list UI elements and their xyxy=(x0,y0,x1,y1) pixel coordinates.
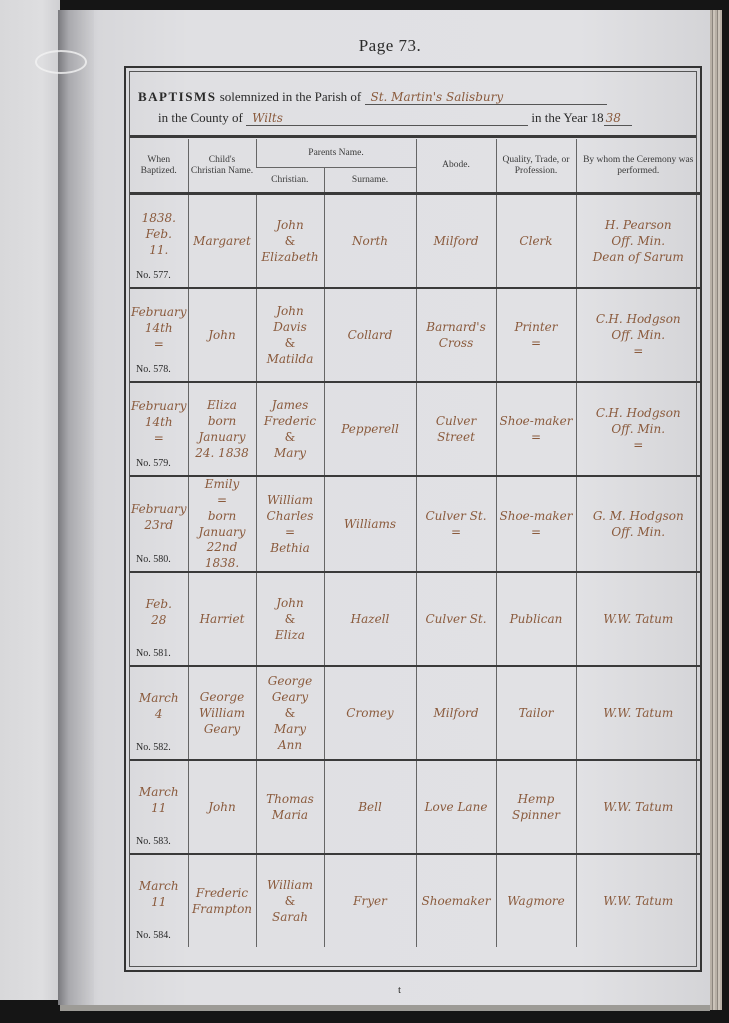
profession-line: Publican xyxy=(510,612,563,627)
cell-officiant: G. M. HodgsonOff. Min. xyxy=(576,476,700,572)
col-quality: Quality, Trade, or Profession. xyxy=(496,139,576,194)
col-when-baptized: When Baptized. xyxy=(130,139,188,194)
officiant-line: Dean of Sarum xyxy=(593,250,684,265)
entry-number: No. 584. xyxy=(136,930,171,941)
parents-christian-line: William xyxy=(267,493,313,508)
col-abode: Abode. xyxy=(416,139,496,194)
entry-number: No. 581. xyxy=(136,648,171,659)
parents-christian-line: Frederic xyxy=(264,414,316,429)
parents-christian-line: Ann xyxy=(278,738,302,753)
parents-christian-line: Elizabeth xyxy=(261,250,318,265)
table-row: March4 No. 582. GeorgeWilliamGeary Georg… xyxy=(130,666,700,760)
cell-date: March4 No. 582. xyxy=(130,666,188,760)
cell-officiant: C.H. HodgsonOff. Min.= xyxy=(576,382,700,476)
cell-parents-christian: JohnDavis&Matilda xyxy=(256,288,324,382)
table-row: February23rd No. 580. Emily=bornJanuary … xyxy=(130,476,700,572)
cell-profession: Clerk xyxy=(496,194,576,289)
child-line: January 22nd xyxy=(191,525,254,555)
cell-surname: Cromey xyxy=(324,666,416,760)
parents-christian-line: Mary xyxy=(274,446,306,461)
abode-line: Street xyxy=(437,430,475,445)
page-number: Page 73. xyxy=(330,36,450,56)
child-line: Geary xyxy=(204,722,240,737)
date-line: March xyxy=(139,691,179,706)
child-line: = xyxy=(217,493,227,508)
child-line: 24. 1838 xyxy=(195,446,248,461)
profession-line: = xyxy=(531,430,541,445)
profession-line: Hemp xyxy=(518,792,555,807)
heading-title: BAPTISMS xyxy=(138,89,216,104)
child-line: Frampton xyxy=(192,902,252,917)
heading-line-county: in the County of Wilts in the Year 1838 xyxy=(158,110,632,126)
officiant-line: W.W. Tatum xyxy=(603,612,673,627)
entry-number: No. 579. xyxy=(136,458,171,469)
abode-line: Milford xyxy=(433,706,478,721)
officiant-line: C.H. Hodgson xyxy=(596,406,681,421)
register-heading: BAPTISMS solemnized in the Parish of St.… xyxy=(130,72,696,138)
child-line: Harriet xyxy=(200,612,245,627)
cell-surname: Collard xyxy=(324,288,416,382)
officiant-line: = xyxy=(633,438,643,453)
table-row: February14th= No. 579. ElizabornJanuary2… xyxy=(130,382,700,476)
child-line: born xyxy=(208,414,236,429)
parents-christian-line: Maria xyxy=(272,808,308,823)
date-line: February xyxy=(131,305,187,320)
officiant-line: W.W. Tatum xyxy=(603,706,673,721)
profession-line: Shoe-maker xyxy=(500,509,573,524)
cell-abode: Shoemaker xyxy=(416,854,496,947)
child-line: George xyxy=(200,690,244,705)
child-line: John xyxy=(208,328,236,343)
cell-parents-christian: GeorgeGeary&MaryAnn xyxy=(256,666,324,760)
cell-date: February23rd No. 580. xyxy=(130,476,188,572)
surname-value: Cromey xyxy=(346,706,393,720)
cell-child-name: FredericFrampton xyxy=(188,854,256,947)
cell-date: February14th= No. 578. xyxy=(130,288,188,382)
profession-line: Clerk xyxy=(519,234,552,249)
entry-number: No. 577. xyxy=(136,270,171,281)
date-line: March xyxy=(139,879,179,894)
profession-line: Shoe-maker xyxy=(500,414,573,429)
date-line: 1838. xyxy=(142,211,176,226)
cell-surname: Fryer xyxy=(324,854,416,947)
child-line: Frederic xyxy=(196,886,248,901)
parents-christian-line: William xyxy=(267,878,313,893)
cell-parents-christian: John&Eliza xyxy=(256,572,324,666)
cell-abode: Milford xyxy=(416,194,496,289)
officiant-line: = xyxy=(633,344,643,359)
date-line: 4 xyxy=(155,707,163,722)
cell-abode: Milford xyxy=(416,666,496,760)
cell-date: Feb.28 No. 581. xyxy=(130,572,188,666)
entry-number: No. 578. xyxy=(136,364,171,375)
cell-parents-christian: William&Sarah xyxy=(256,854,324,947)
cell-officiant: H. PearsonOff. Min.Dean of Sarum xyxy=(576,194,700,289)
profession-line: = xyxy=(531,525,541,540)
surname-value: North xyxy=(352,234,388,248)
officiant-line: C.H. Hodgson xyxy=(596,312,681,327)
parents-christian-line: & xyxy=(285,612,296,627)
child-line: January xyxy=(198,430,245,445)
officiant-line: W.W. Tatum xyxy=(603,800,673,815)
abode-line: Culver St. xyxy=(425,612,486,627)
heading-county-label: in the County of xyxy=(158,110,243,125)
cell-child-name: John xyxy=(188,288,256,382)
cell-surname: Williams xyxy=(324,476,416,572)
officiant-line: G. M. Hodgson xyxy=(593,509,684,524)
surname-value: Pepperell xyxy=(341,422,399,436)
date-line: = xyxy=(154,337,164,352)
child-line: Emily xyxy=(205,477,240,492)
col-by-whom: By whom the Ceremony was performed. xyxy=(576,139,700,194)
parents-christian-line: Mary xyxy=(274,722,306,737)
parents-christian-line: Eliza xyxy=(275,628,305,643)
parents-christian-line: = xyxy=(285,525,295,540)
cell-profession: HempSpinner xyxy=(496,760,576,854)
table-row: Feb.28 No. 581. Harriet John&Eliza Hazel… xyxy=(130,572,700,666)
date-line: 23rd xyxy=(144,518,173,533)
cell-surname: Hazell xyxy=(324,572,416,666)
cell-child-name: Margaret xyxy=(188,194,256,289)
parents-christian-line: Bethia xyxy=(270,541,309,556)
cell-abode: CulverStreet xyxy=(416,382,496,476)
year-value: 38 xyxy=(604,111,632,126)
signature-mark: t xyxy=(398,984,401,996)
parish-value: St. Martin's Salisbury xyxy=(365,90,607,105)
parents-christian-line: Charles xyxy=(267,509,314,524)
officiant-line: Off. Min. xyxy=(611,328,665,343)
date-line: 28 xyxy=(151,613,166,628)
cell-child-name: Harriet xyxy=(188,572,256,666)
col-parents-surname: Surname. xyxy=(324,168,416,194)
date-line: 11 xyxy=(151,801,166,816)
cell-abode: Love Lane xyxy=(416,760,496,854)
officiant-line: Off. Min. xyxy=(611,525,665,540)
col-parents-name: Parents Name. xyxy=(256,139,416,168)
entry-number: No. 582. xyxy=(136,742,171,753)
parents-christian-line: & xyxy=(285,706,296,721)
profession-line: Wagmore xyxy=(507,894,565,909)
heading-line-parish: BAPTISMS solemnized in the Parish of St.… xyxy=(138,89,607,105)
surname-value: Williams xyxy=(344,517,396,531)
cell-date: February14th= No. 579. xyxy=(130,382,188,476)
cell-profession: Shoe-maker= xyxy=(496,476,576,572)
date-line: Feb. xyxy=(146,597,172,612)
officiant-line: Off. Min. xyxy=(611,422,665,437)
cell-parents-christian: WilliamCharles=Bethia xyxy=(256,476,324,572)
cell-profession: Publican xyxy=(496,572,576,666)
cell-officiant: W.W. Tatum xyxy=(576,572,700,666)
date-line: 14th xyxy=(145,415,173,430)
parents-christian-line: & xyxy=(285,894,296,909)
parents-christian-line: & xyxy=(285,234,296,249)
binding-thread xyxy=(35,50,87,74)
heading-year-label: in the Year 18 xyxy=(531,110,603,125)
child-line: William xyxy=(199,706,245,721)
parents-christian-line: Sarah xyxy=(272,910,308,925)
cell-surname: Pepperell xyxy=(324,382,416,476)
cell-profession: Shoe-maker= xyxy=(496,382,576,476)
profession-line: Tailor xyxy=(519,706,554,721)
abode-line: = xyxy=(451,525,461,540)
cell-abode: Barnard'sCross xyxy=(416,288,496,382)
surname-value: Collard xyxy=(348,328,393,342)
table-row: March11 No. 584. FredericFrampton Willia… xyxy=(130,854,700,947)
cell-profession: Wagmore xyxy=(496,854,576,947)
parents-christian-line: & xyxy=(285,336,296,351)
entry-number: No. 580. xyxy=(136,554,171,565)
officiant-line: W.W. Tatum xyxy=(603,894,673,909)
date-line: 14th xyxy=(145,321,173,336)
date-line: February xyxy=(131,502,187,517)
cell-child-name: John xyxy=(188,760,256,854)
abode-line: Culver xyxy=(436,414,476,429)
abode-line: Barnard's xyxy=(426,320,485,335)
parents-christian-line: Geary xyxy=(272,690,308,705)
cell-profession: Tailor xyxy=(496,666,576,760)
date-line: 11 xyxy=(151,895,166,910)
surname-value: Hazell xyxy=(351,612,390,626)
table-row: March11 No. 583. John ThomasMaria Bell L… xyxy=(130,760,700,854)
table-row: February14th= No. 578. John JohnDavis&Ma… xyxy=(130,288,700,382)
cell-profession: Printer= xyxy=(496,288,576,382)
register-table: When Baptized. Child's Christian Name. P… xyxy=(130,139,700,947)
cell-parents-christian: JamesFrederic&Mary xyxy=(256,382,324,476)
parents-christian-line: James xyxy=(272,398,309,413)
officiant-line: H. Pearson xyxy=(605,218,672,233)
child-line: Eliza xyxy=(207,398,237,413)
heading-parish-label: solemnized in the Parish of xyxy=(220,89,362,104)
parents-christian-line: Davis xyxy=(273,320,307,335)
surname-value: Bell xyxy=(358,800,382,814)
cell-date: March11 No. 584. xyxy=(130,854,188,947)
baptism-register: BAPTISMS solemnized in the Parish of St.… xyxy=(124,66,702,972)
table-row: 1838.Feb.11. No. 577. Margaret John&Eliz… xyxy=(130,194,700,289)
parents-christian-line: John xyxy=(276,304,304,319)
profession-line: Printer xyxy=(514,320,557,335)
date-line: 11. xyxy=(149,243,168,258)
cell-child-name: Emily=bornJanuary 22nd1838. xyxy=(188,476,256,572)
child-line: 1838. xyxy=(205,556,239,571)
abode-line: Love Lane xyxy=(425,800,488,815)
parents-christian-line: John xyxy=(276,596,304,611)
surname-value: Fryer xyxy=(353,894,387,908)
cell-officiant: C.H. HodgsonOff. Min.= xyxy=(576,288,700,382)
profession-line: = xyxy=(531,336,541,351)
parents-christian-line: John xyxy=(276,218,304,233)
abode-line: Culver St. xyxy=(425,509,486,524)
date-line: = xyxy=(154,431,164,446)
abode-line: Milford xyxy=(433,234,478,249)
left-page xyxy=(0,0,60,1000)
page-edges xyxy=(710,10,722,1010)
date-line: Feb. xyxy=(146,227,172,242)
child-line: born xyxy=(208,509,236,524)
cell-date: March11 No. 583. xyxy=(130,760,188,854)
cell-date: 1838.Feb.11. No. 577. xyxy=(130,194,188,289)
cell-parents-christian: ThomasMaria xyxy=(256,760,324,854)
book-gutter xyxy=(58,10,94,1005)
cell-parents-christian: John&Elizabeth xyxy=(256,194,324,289)
cell-abode: Culver St. xyxy=(416,572,496,666)
cell-officiant: W.W. Tatum xyxy=(576,760,700,854)
cell-officiant: W.W. Tatum xyxy=(576,666,700,760)
profession-line: Spinner xyxy=(512,808,560,823)
cell-child-name: GeorgeWilliamGeary xyxy=(188,666,256,760)
county-value: Wilts xyxy=(246,111,528,126)
child-line: Margaret xyxy=(193,234,251,249)
cell-surname: Bell xyxy=(324,760,416,854)
abode-line: Shoemaker xyxy=(422,894,491,909)
cell-officiant: W.W. Tatum xyxy=(576,854,700,947)
register-frame: BAPTISMS solemnized in the Parish of St.… xyxy=(129,71,697,967)
abode-line: Cross xyxy=(439,336,473,351)
date-line: February xyxy=(131,399,187,414)
parents-christian-line: & xyxy=(285,430,296,445)
cell-surname: North xyxy=(324,194,416,289)
date-line: March xyxy=(139,785,179,800)
heading-divider xyxy=(130,135,696,138)
officiant-line: Off. Min. xyxy=(611,234,665,249)
cell-child-name: ElizabornJanuary24. 1838 xyxy=(188,382,256,476)
col-child-name: Child's Christian Name. xyxy=(188,139,256,194)
parents-christian-line: George xyxy=(268,674,312,689)
col-parents-christian: Christian. xyxy=(256,168,324,194)
entry-number: No. 583. xyxy=(136,836,171,847)
parents-christian-line: Matilda xyxy=(267,352,314,367)
cell-abode: Culver St.= xyxy=(416,476,496,572)
child-line: John xyxy=(208,800,236,815)
parents-christian-line: Thomas xyxy=(266,792,314,807)
